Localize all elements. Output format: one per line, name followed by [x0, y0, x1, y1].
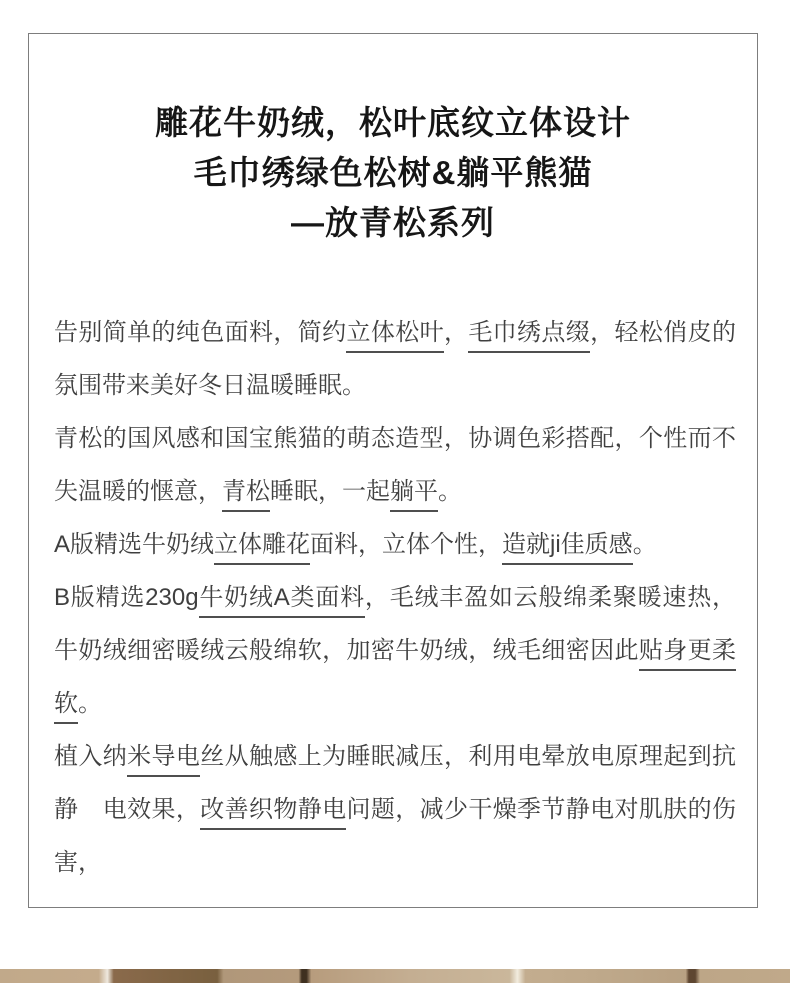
text-line: 氛围带来美好冬日温暖睡眠。 [54, 359, 736, 412]
text-segment: 青松的国风感和国宝熊猫的萌态造型，协调色彩搭配，个性而不 [54, 425, 736, 452]
text-segment: 。 [633, 531, 657, 558]
text-segment: 牛奶绒细密暖绒云般绵软，加密牛奶绒，绒毛细密因此 [54, 637, 639, 664]
underlined-text: 造就ji佳质感 [502, 531, 633, 565]
text-segment: 睡眠，一起 [270, 478, 390, 505]
underlined-text: 软 [54, 690, 78, 724]
underlined-text: 青松 [222, 478, 270, 512]
text-line: 牛奶绒细密暖绒云般绵软，加密牛奶绒，绒毛细密因此贴身更柔 [54, 624, 736, 677]
page: { "page": { "background": "#ffffff", "fr… [0, 0, 790, 983]
underlined-text: 米导电 [127, 743, 200, 777]
text-segment: ，毛绒丰盈如云般绵柔聚暖速热， [365, 584, 736, 611]
text-line: 失温暖的惬意，青松睡眠，一起躺平。 [54, 465, 736, 518]
text-segment: A版精选牛奶绒 [54, 531, 214, 558]
underlined-text: 贴身更柔 [639, 637, 736, 671]
bottom-photo-strip [0, 969, 790, 983]
description-text: 告别简单的纯色面料，简约立体松叶，毛巾绣点缀，轻松俏皮的氛围带来美好冬日温暖睡眠… [54, 306, 736, 889]
text-line: 青松的国风感和国宝熊猫的萌态造型，协调色彩搭配，个性而不 [54, 412, 736, 465]
underlined-text: 立体雕花 [214, 531, 310, 565]
text-segment: B版精选230g [54, 584, 199, 611]
text-segment: 丝从触感上为睡眠减压，利用电晕放电原理起到抗 [200, 743, 736, 770]
text-segment: 失温暖的惬意， [54, 478, 222, 505]
product-title: 雕花牛奶绒，松叶底纹立体设计毛巾绣绿色松树&躺平熊猫—放青松系列 [29, 98, 757, 248]
title-line: 雕花牛奶绒，松叶底纹立体设计 [29, 98, 757, 148]
text-line: 静 电效果，改善织物静电问题，减少干燥季节静电对肌肤的伤 [54, 783, 736, 836]
title-line: —放青松系列 [29, 198, 757, 248]
text-segment: 植入纳 [54, 743, 127, 770]
text-segment: 。 [438, 478, 462, 505]
text-line: A版精选牛奶绒立体雕花面料，立体个性，造就ji佳质感。 [54, 518, 736, 571]
title-line: 毛巾绣绿色松树&躺平熊猫 [29, 148, 757, 198]
underlined-text: 立体松叶 [346, 319, 443, 353]
text-line: 植入纳米导电丝从触感上为睡眠减压，利用电晕放电原理起到抗 [54, 730, 736, 783]
text-segment: 问题，减少干燥季节静电对肌肤的伤 [346, 796, 736, 823]
text-line: B版精选230g牛奶绒A类面料，毛绒丰盈如云般绵柔聚暖速热， [54, 571, 736, 624]
text-line: 害， [54, 836, 736, 889]
underlined-text: 改善织物静电 [200, 796, 346, 830]
text-segment: 面料，立体个性， [310, 531, 502, 558]
underlined-text: 毛巾绣点缀 [468, 319, 590, 353]
text-segment: ，轻松俏皮的 [590, 319, 736, 346]
text-segment: 告别简单的纯色面料，简约 [54, 319, 346, 346]
text-segment: ， [444, 319, 468, 346]
content-frame: 雕花牛奶绒，松叶底纹立体设计毛巾绣绿色松树&躺平熊猫—放青松系列 告别简单的纯色… [28, 33, 758, 908]
text-segment: 静 电效果， [54, 796, 200, 823]
text-line: 告别简单的纯色面料，简约立体松叶，毛巾绣点缀，轻松俏皮的 [54, 306, 736, 359]
text-segment: 氛围带来美好冬日温暖睡眠。 [54, 372, 366, 399]
underlined-text: 躺平 [390, 478, 438, 512]
text-line: 软。 [54, 677, 736, 730]
text-segment: 害， [54, 849, 102, 876]
text-segment: 。 [78, 690, 102, 717]
underlined-text: 牛奶绒A类面料 [199, 584, 365, 618]
